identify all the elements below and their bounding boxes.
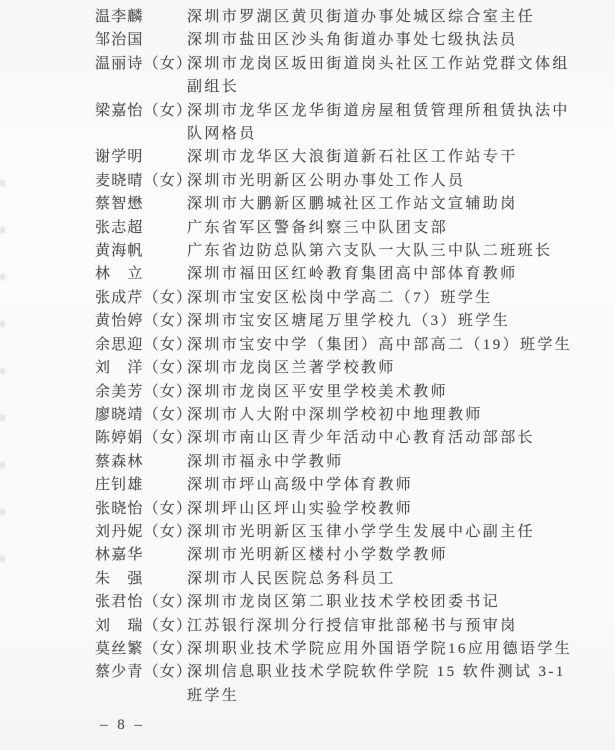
person-name: 张晓怡（女）	[95, 498, 187, 521]
person-role: 深圳职业技术学院应用外国语学院16应用德语学生	[187, 638, 577, 661]
person-role: 深圳市宝安区松岗中学高二（7）班学生	[187, 287, 577, 310]
person-role: 深圳市龙岗区平安里学校美术教师	[187, 381, 577, 404]
list-item: 张志超 广东省军区警备纠察三中队团支部	[95, 217, 577, 240]
person-name: 林 立	[95, 263, 187, 286]
list-item: 麦晓晴（女） 深圳市光明新区公明办事处工作人员	[95, 170, 577, 193]
person-role: 深圳市福田区红岭教育集团高中部体育教师	[187, 263, 577, 286]
list-item: 温丽诗（女） 深圳市龙岗区坂田街道岗头社区工作站党群文体组副组长	[95, 53, 577, 100]
personnel-roster: 温李麟 深圳市罗湖区黄贝街道办事处城区综合室主任 邹治国 深圳市盐田区沙头角街道…	[95, 6, 577, 708]
person-role: 深圳市龙岗区兰著学校教师	[187, 357, 577, 380]
person-role: 深圳市龙华区龙华街道房屋租赁管理所租赁执法中队网格员	[187, 100, 577, 147]
person-name: 麦晓晴（女）	[95, 170, 187, 193]
person-name: 黄海帆	[95, 240, 187, 263]
list-item: 陈婷娟（女） 深圳市南山区青少年活动中心教育活动部部长	[95, 427, 577, 450]
person-name: 温丽诗（女）	[95, 53, 187, 76]
list-item: 林 立 深圳市福田区红岭教育集团高中部体育教师	[95, 263, 577, 286]
list-item: 莫丝繁（女） 深圳职业技术学院应用外国语学院16应用德语学生	[95, 638, 577, 661]
list-item: 刘丹妮（女） 深圳市光明新区玉律小学学生发展中心副主任	[95, 521, 577, 544]
person-role: 深圳信息职业技术学院软件学院 15 软件测试 3-1 班学生	[187, 661, 577, 708]
list-item: 刘 洋（女） 深圳市龙岗区兰著学校教师	[95, 357, 577, 380]
person-role: 深圳市人大附中深圳学校初中地理教师	[187, 404, 577, 427]
person-name: 黄怡婷（女）	[95, 310, 187, 333]
person-role: 深圳市大鹏新区鹏城社区工作站文宣辅助岗	[187, 193, 577, 216]
list-item: 谢学明 深圳市龙华区大浪街道新石社区工作站专干	[95, 146, 577, 169]
person-role: 深圳市人民医院总务科员工	[187, 568, 577, 591]
list-item: 黄怡婷（女） 深圳市宝安区塘尾万里学校九（3）班学生	[95, 310, 577, 333]
person-name: 张君怡（女）	[95, 591, 187, 614]
list-item: 梁嘉怡（女） 深圳市龙华区龙华街道房屋租赁管理所租赁执法中队网格员	[95, 100, 577, 147]
list-item: 蔡智懋 深圳市大鹏新区鹏城社区工作站文宣辅助岗	[95, 193, 577, 216]
list-item: 林嘉华 深圳市光明新区楼村小学数学教师	[95, 544, 577, 567]
person-role: 深圳市光明新区楼村小学数学教师	[187, 544, 577, 567]
list-item: 张晓怡（女） 深圳坪山区坪山实验学校教师	[95, 498, 577, 521]
person-name: 余思迎（女）	[95, 334, 187, 357]
person-name: 莫丝繁（女）	[95, 638, 187, 661]
person-name: 张志超	[95, 217, 187, 240]
person-role: 深圳市宝安区塘尾万里学校九（3）班学生	[187, 310, 577, 333]
person-name: 朱 强	[95, 568, 187, 591]
person-role: 深圳市光明新区玉律小学学生发展中心副主任	[187, 521, 577, 544]
person-role: 江苏银行深圳分行授信审批部秘书与预审岗	[187, 615, 577, 638]
person-name: 张成芹（女）	[95, 287, 187, 310]
person-name: 梁嘉怡（女）	[95, 100, 187, 123]
scanned-document-page: 温李麟 深圳市罗湖区黄贝街道办事处城区综合室主任 邹治国 深圳市盐田区沙头角街道…	[0, 0, 615, 750]
page-number: – 8 –	[100, 717, 615, 734]
list-item: 张君怡（女） 深圳市龙岗区第二职业技术学校团委书记	[95, 591, 577, 614]
person-role: 深圳市龙岗区坂田街道岗头社区工作站党群文体组副组长	[187, 53, 577, 100]
person-name: 温李麟	[95, 6, 187, 29]
person-name: 蔡森林	[95, 451, 187, 474]
list-item: 邹治国 深圳市盐田区沙头角街道办事处七级执法员	[95, 29, 577, 52]
person-role: 深圳市光明新区公明办事处工作人员	[187, 170, 577, 193]
list-item: 刘 瑞（女） 江苏银行深圳分行授信审批部秘书与预审岗	[95, 615, 577, 638]
list-item: 温李麟 深圳市罗湖区黄贝街道办事处城区综合室主任	[95, 6, 577, 29]
list-item: 蔡少青（女） 深圳信息职业技术学院软件学院 15 软件测试 3-1 班学生	[95, 661, 577, 708]
person-role: 深圳市龙华区大浪街道新石社区工作站专干	[187, 146, 577, 169]
person-name: 林嘉华	[95, 544, 187, 567]
person-role: 深圳市福永中学教师	[187, 451, 577, 474]
person-name: 刘 洋（女）	[95, 357, 187, 380]
list-item: 庄钊雄 深圳市坪山高级中学体育教师	[95, 474, 577, 497]
person-role: 深圳市盐田区沙头角街道办事处七级执法员	[187, 29, 577, 52]
person-name: 邹治国	[95, 29, 187, 52]
person-name: 庄钊雄	[95, 474, 187, 497]
person-name: 谢学明	[95, 146, 187, 169]
person-name: 刘 瑞（女）	[95, 615, 187, 638]
person-role: 广东省军区警备纠察三中队团支部	[187, 217, 577, 240]
scan-artifact-strip	[0, 180, 5, 600]
list-item: 余思迎（女） 深圳市宝安中学（集团）高中部高二（19）班学生	[95, 334, 577, 357]
person-name: 蔡少青（女）	[95, 661, 187, 684]
person-name: 廖晓靖（女）	[95, 404, 187, 427]
person-name: 刘丹妮（女）	[95, 521, 187, 544]
person-role: 深圳市罗湖区黄贝街道办事处城区综合室主任	[187, 6, 577, 29]
person-name: 蔡智懋	[95, 193, 187, 216]
person-role: 深圳市宝安中学（集团）高中部高二（19）班学生	[187, 334, 577, 357]
person-role: 深圳坪山区坪山实验学校教师	[187, 498, 577, 521]
person-name: 陈婷娟（女）	[95, 427, 187, 450]
list-item: 廖晓靖（女） 深圳市人大附中深圳学校初中地理教师	[95, 404, 577, 427]
list-item: 蔡森林 深圳市福永中学教师	[95, 451, 577, 474]
list-item: 朱 强 深圳市人民医院总务科员工	[95, 568, 577, 591]
person-role: 深圳市南山区青少年活动中心教育活动部部长	[187, 427, 577, 450]
list-item: 张成芹（女） 深圳市宝安区松岗中学高二（7）班学生	[95, 287, 577, 310]
list-item: 余美芳（女） 深圳市龙岗区平安里学校美术教师	[95, 381, 577, 404]
list-item: 黄海帆 广东省边防总队第六支队一大队三中队二班班长	[95, 240, 577, 263]
person-role: 深圳市龙岗区第二职业技术学校团委书记	[187, 591, 577, 614]
person-role: 广东省边防总队第六支队一大队三中队二班班长	[187, 240, 577, 263]
person-role: 深圳市坪山高级中学体育教师	[187, 474, 577, 497]
person-name: 余美芳（女）	[95, 381, 187, 404]
